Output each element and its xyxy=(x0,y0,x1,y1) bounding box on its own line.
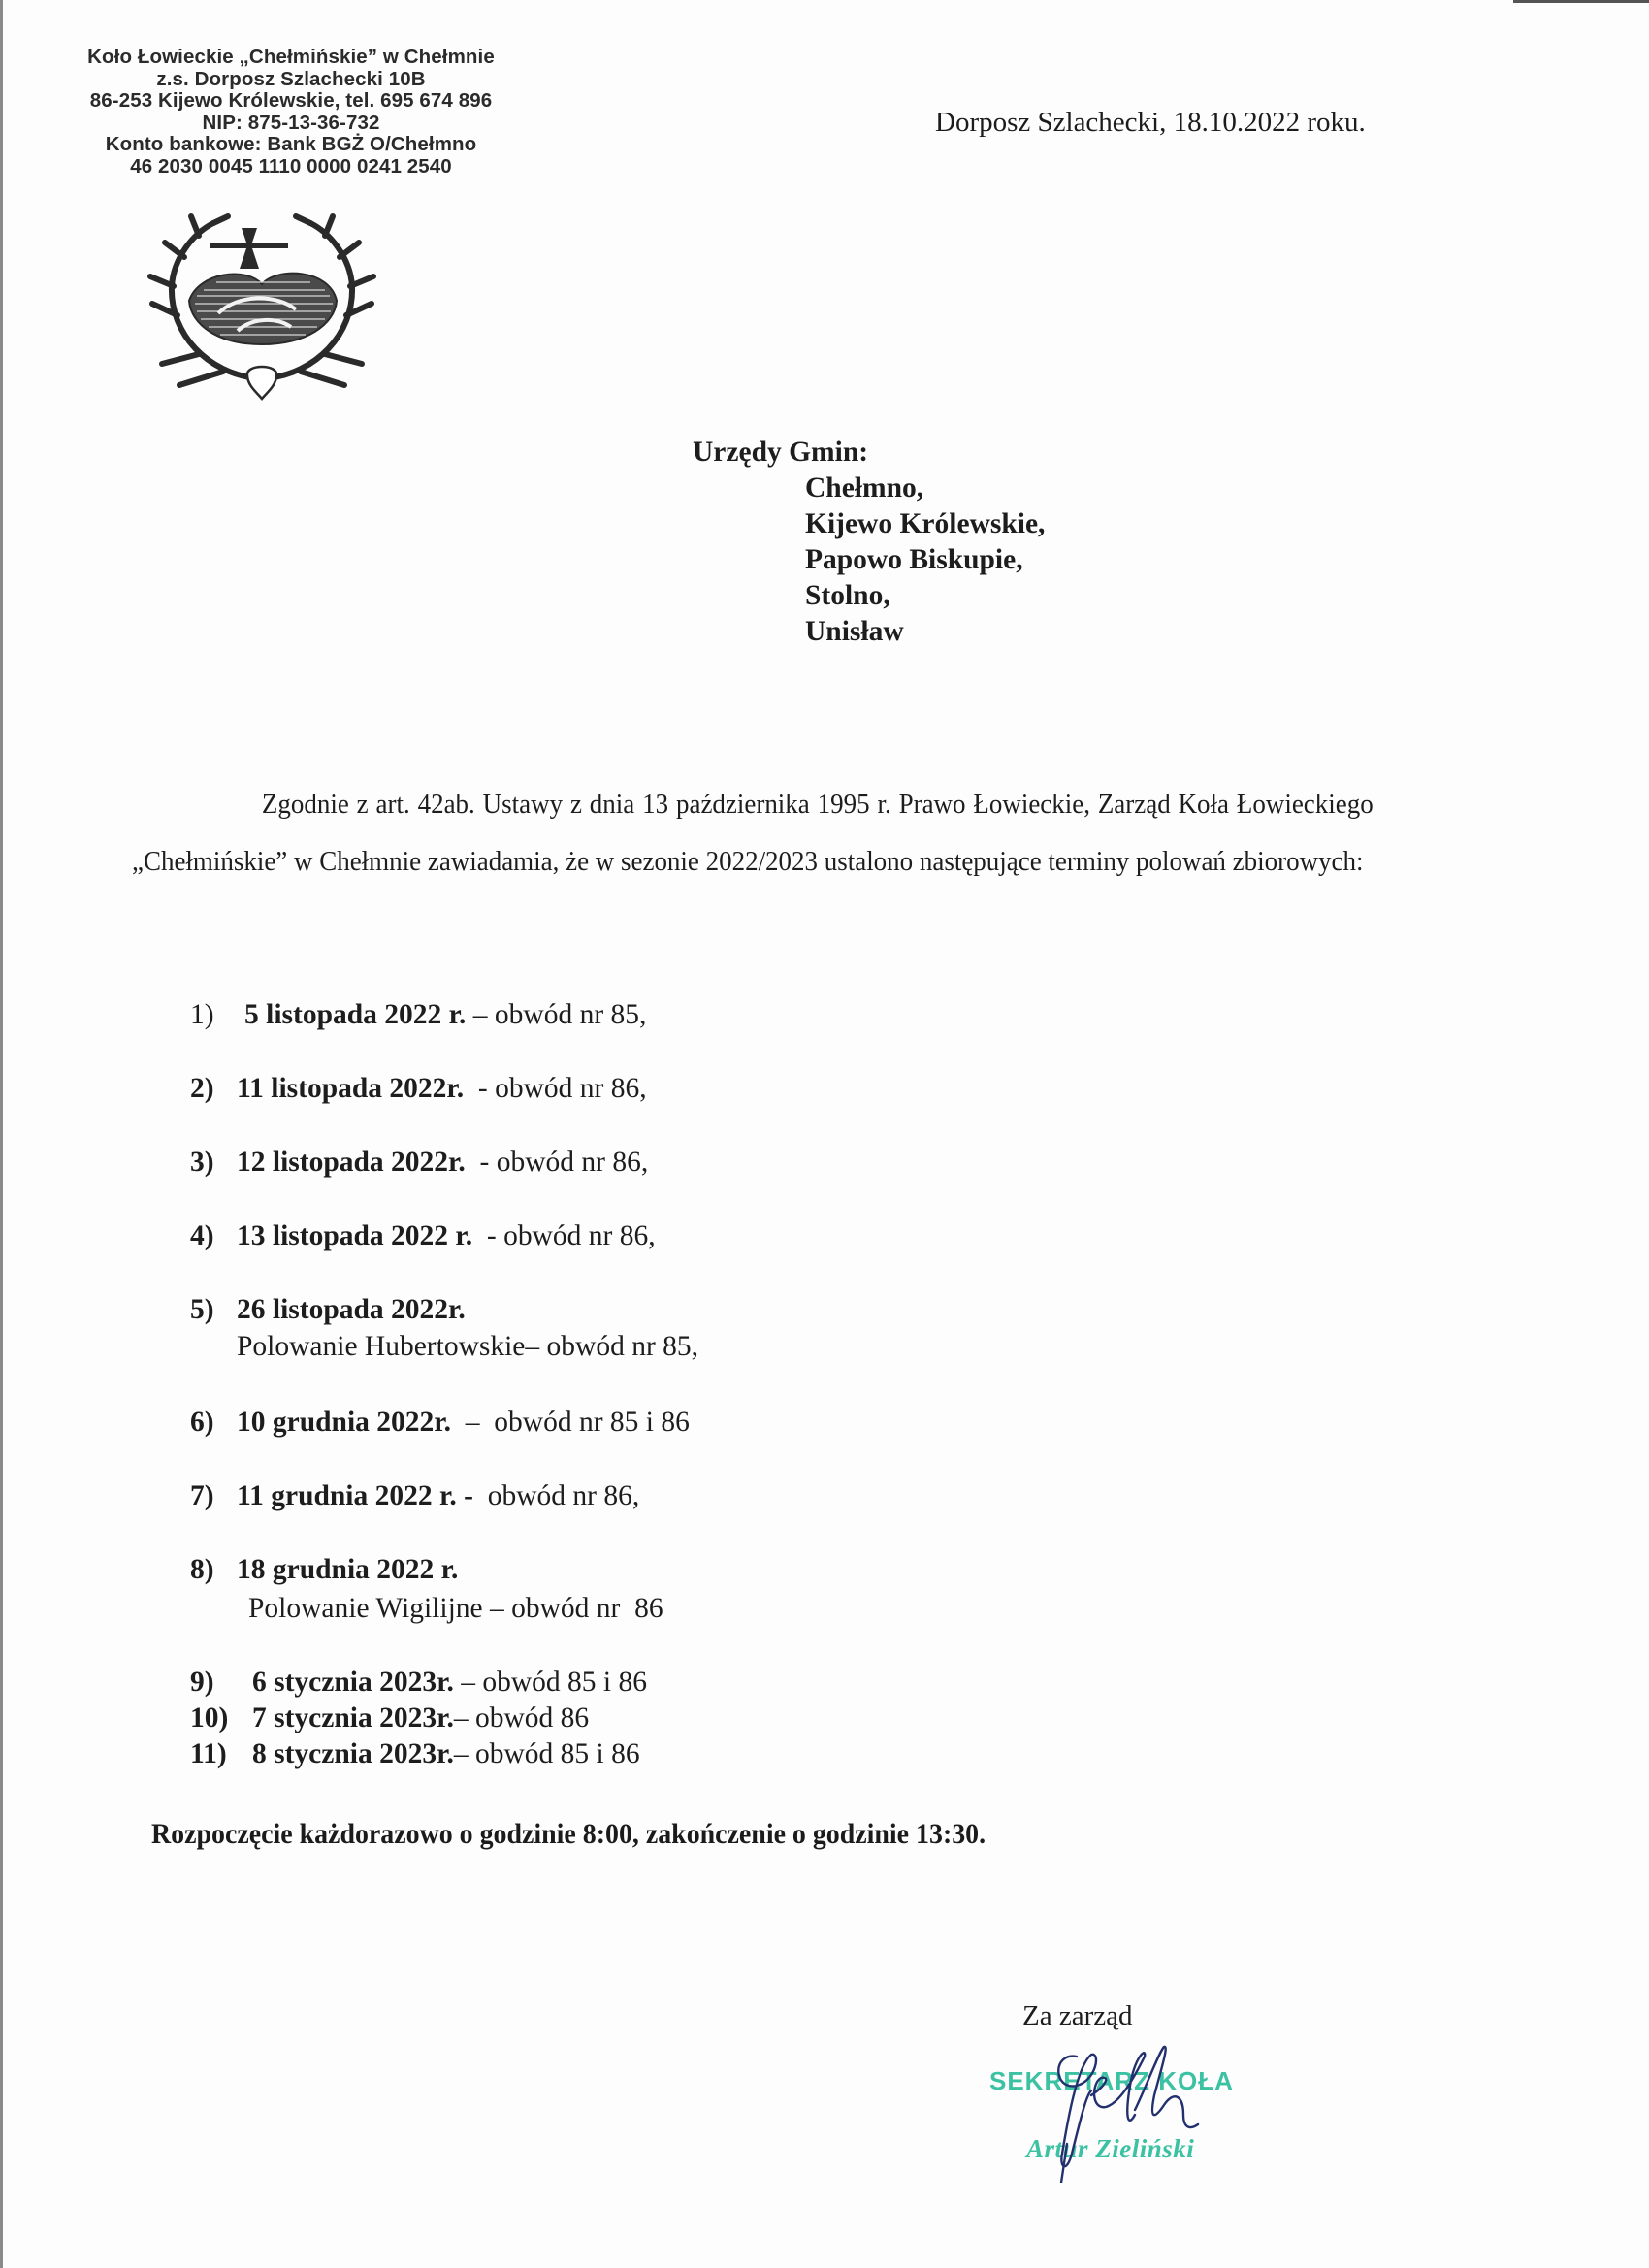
item-date: 12 listopada 2022r. xyxy=(237,1147,466,1178)
recipient-item: Unisław xyxy=(805,614,1045,650)
item-number: 7) xyxy=(190,1480,237,1512)
letterhead-line: 46 2030 0045 1110 0000 0241 2540 xyxy=(48,156,533,178)
item-date: 5 listopada 2022 r. xyxy=(244,999,466,1030)
item-number: 11) xyxy=(190,1738,252,1770)
schedule-item: 9)6 stycznia 2023r. – obwód 85 i 86 xyxy=(190,1667,647,1699)
item-date: 10 grudnia 2022r. xyxy=(237,1407,451,1438)
item-detail: – obwód nr 85 i 86 xyxy=(451,1407,690,1438)
schedule-item: 7)11 grudnia 2022 r. - obwód nr 86, xyxy=(190,1480,639,1512)
item-number: 9) xyxy=(190,1667,252,1699)
schedule-item: 2)11 listopada 2022r. - obwód nr 86, xyxy=(190,1073,647,1105)
item-date: 11 grudnia 2022 r. - xyxy=(237,1480,473,1511)
schedule-item: 10)7 stycznia 2023r.– obwód 86 xyxy=(190,1702,589,1734)
item-detail: - obwód nr 86, xyxy=(472,1220,655,1251)
schedule-item: 1)5 listopada 2022 r. – obwód nr 85, xyxy=(190,999,646,1031)
item-number: 4) xyxy=(190,1220,237,1252)
item-detail: - obwód nr 86, xyxy=(466,1147,648,1178)
item-number: 5) xyxy=(190,1294,237,1326)
recipient-item: Kijewo Królewskie, xyxy=(805,506,1045,542)
item-date: 26 listopada 2022r. xyxy=(237,1294,466,1325)
item-detail: – obwód 86 xyxy=(454,1702,589,1733)
item-number: 6) xyxy=(190,1407,237,1439)
item-number: 3) xyxy=(190,1147,237,1179)
handwritten-signature-icon xyxy=(1038,2037,1232,2183)
item-detail: – obwód nr 85, xyxy=(466,999,646,1030)
item-date: 13 listopada 2022 r. xyxy=(237,1220,472,1251)
item-detail: – obwód 85 i 86 xyxy=(454,1738,640,1769)
item-number: 8) xyxy=(190,1554,237,1586)
date-place-line: Dorposz Szlachecki, 18.10.2022 roku. xyxy=(935,107,1366,139)
item-detail: – obwód 85 i 86 xyxy=(454,1667,647,1698)
schedule-item: 6)10 grudnia 2022r. – obwód nr 85 i 86 xyxy=(190,1407,690,1439)
item-number: 1) xyxy=(190,999,237,1031)
schedule-item: 5)26 listopada 2022r. xyxy=(190,1294,466,1326)
addressee-heading: Urzędy Gmin: xyxy=(693,435,1045,470)
schedule-item-subline: Polowanie Hubertowskie– obwód nr 85, xyxy=(237,1331,698,1363)
item-detail: - obwód nr 86, xyxy=(464,1073,646,1104)
recipient-item: Papowo Biskupie, xyxy=(805,542,1045,578)
item-number: 10) xyxy=(190,1702,252,1734)
signature-label: Za zarząd xyxy=(1022,2000,1132,2032)
letterhead-line: NIP: 875-13-36-732 xyxy=(48,113,533,135)
letterhead-line: z.s. Dorposz Szlachecki 10B xyxy=(48,69,533,91)
item-detail: obwód nr 86, xyxy=(473,1480,639,1511)
schedule-item: 8)18 grudnia 2022 r. xyxy=(190,1554,458,1586)
hours-statement: Rozpoczęcie każdorazowo o godzinie 8:00,… xyxy=(151,1818,986,1851)
recipient-item: Stolno, xyxy=(805,578,1045,614)
letterhead-line: Konto bankowe: Bank BGŻ O/Chełmno xyxy=(48,134,533,156)
schedule-item-subline: Polowanie Wigilijne – obwód nr 86 xyxy=(248,1593,663,1625)
scan-edge-top xyxy=(1513,0,1649,3)
scan-edge-left xyxy=(0,0,3,2268)
item-number: 2) xyxy=(190,1073,237,1105)
schedule-item: 11)8 stycznia 2023r.– obwód 85 i 86 xyxy=(190,1738,640,1770)
item-date: 6 stycznia 2023r. xyxy=(252,1667,454,1698)
letterhead-line: 86-253 Kijewo Królewskie, tel. 695 674 8… xyxy=(48,90,533,113)
item-date: 8 stycznia 2023r. xyxy=(252,1738,454,1769)
body-paragraph: Zgodnie z art. 42ab. Ustawy z dnia 13 pa… xyxy=(132,776,1374,891)
antler-wreath-emblem-icon xyxy=(141,209,383,403)
letterhead-line: Koło Łowieckie „Chełmińskie” w Chełmnie xyxy=(48,47,533,69)
addressee-block: Urzędy Gmin: Chełmno, Kijewo Królewskie,… xyxy=(693,435,1045,650)
letterhead-stamp: Koło Łowieckie „Chełmińskie” w Chełmnie … xyxy=(48,47,533,178)
item-date: 11 listopada 2022r. xyxy=(237,1073,464,1104)
schedule-item: 3)12 listopada 2022r. - obwód nr 86, xyxy=(190,1147,648,1179)
body-paragraph-text: Zgodnie z art. 42ab. Ustawy z dnia 13 pa… xyxy=(132,789,1374,877)
recipient-item: Chełmno, xyxy=(805,470,1045,506)
schedule-item: 4)13 listopada 2022 r. - obwód nr 86, xyxy=(190,1220,656,1252)
item-date: 7 stycznia 2023r. xyxy=(252,1702,454,1733)
item-date: 18 grudnia 2022 r. xyxy=(237,1554,458,1585)
